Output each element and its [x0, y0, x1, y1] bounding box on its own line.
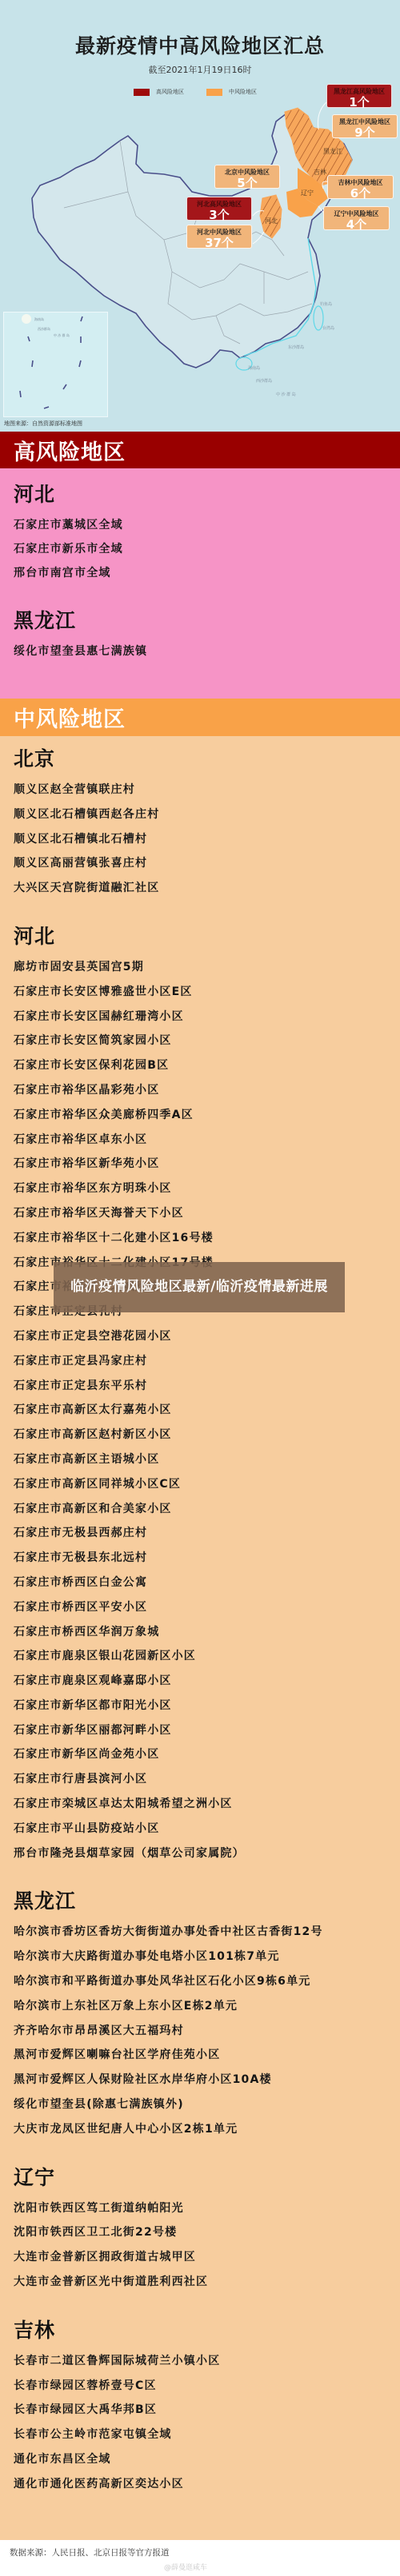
area-item: 绥化市望奎县(除惠七满族镇外): [14, 2092, 386, 2117]
legend-item-high: 高风险地区: [134, 88, 184, 96]
area-item: 石家庄市高新区赵村新区小区: [14, 1423, 386, 1447]
area-item: 哈尔滨市上东社区万象上东小区E栋2单元: [14, 1994, 386, 2019]
footer: 数据来源：人民日报、北京日报等官方报道 @薛曼逛咸车: [0, 2540, 400, 2576]
callout-hebei-high: 河北高风险地区 3个: [186, 197, 252, 221]
legend-item-mid: 中风险地区: [206, 88, 257, 96]
south-china-sea-inset: 海南岛 西沙群岛 中 沙 群 岛: [3, 312, 108, 417]
province-heading: 河北: [14, 923, 386, 950]
area-item: 沈阳市铁西区笃工街道纳帕阳光: [14, 2196, 386, 2221]
area-item: 石家庄市高新区主语城小区: [14, 1447, 386, 1472]
callout-count: 3个: [187, 209, 251, 221]
inset-map-graphic: 海南岛 西沙群岛 中 沙 群 岛: [4, 313, 106, 415]
area-item: 石家庄市桥西区平安小区: [14, 1595, 386, 1620]
area-item: 石家庄市新乐市全域: [14, 537, 386, 561]
legend-swatch-mid: [206, 89, 222, 96]
area-item: 石家庄市新华区尚金苑小区: [14, 1742, 386, 1767]
legend-label-high: 高风险地区: [156, 88, 184, 96]
area-item: 石家庄市裕华区新华苑小区: [14, 1152, 386, 1177]
area-item: 石家庄市长安区国赫红珊湾小区: [14, 1005, 386, 1029]
province-heading: 吉林: [14, 2317, 386, 2344]
area-item: 石家庄市桥西区华润万象城: [14, 1620, 386, 1645]
province-heading: 辽宁: [14, 2164, 386, 2192]
area-item: 长春市绿园区蓉桥壹号C区: [14, 2374, 386, 2399]
area-list: 长春市二道区鲁辉国际城荷兰小镇小区长春市绿园区蓉桥壹号C区长春市绿园区大禹华邦B…: [14, 2349, 386, 2497]
mid-risk-group-liaoning: 辽宁 沈阳市铁西区笃工街道纳帕阳光沈阳市铁西区卫工北街22号楼大连市金普新区拥政…: [14, 2164, 386, 2295]
mid-risk-group-hebei: 河北 廊坊市固安县英国宫5期石家庄市长安区博雅盛世小区E区石家庄市长安区国赫红珊…: [14, 923, 386, 1865]
area-item: 石家庄市裕华区东方明珠小区: [14, 1177, 386, 1201]
map-section: 黑龙江 吉林 辽宁 河北 钓鱼岛 台湾岛 东沙群岛 海南岛 西沙群岛 中 沙 群…: [0, 0, 400, 432]
mid-risk-header: 中风险地区: [0, 699, 400, 736]
area-item: 石家庄市长安区简筑家园小区: [14, 1029, 386, 1053]
callout-count: 6个: [328, 187, 393, 200]
area-item: 石家庄市长安区保利花园B区: [14, 1053, 386, 1078]
callout-count: 1个: [327, 96, 391, 109]
svg-text:海南岛: 海南岛: [34, 317, 44, 321]
area-item: 石家庄市正定县东平乐村: [14, 1374, 386, 1399]
mid-risk-group-heilongjiang: 黑龙江 哈尔滨市香坊区香坊大街街道办事处香中社区古香街12号哈尔滨市大庆路街道办…: [14, 1888, 386, 2141]
area-item: 石家庄市正定县空港花园小区: [14, 1324, 386, 1349]
area-item: 石家庄市裕华区卓东小区: [14, 1128, 386, 1153]
callout-hebei-mid: 河北中风险地区 37个: [186, 225, 252, 249]
area-item: 廊坊市固安县英国宫5期: [14, 955, 386, 980]
callout-count: 5个: [215, 177, 279, 189]
map-subtitle: 截至2021年1月19日16时: [0, 63, 400, 76]
weibo-watermark: @薛曼逛咸车: [164, 2562, 207, 2572]
area-item: 哈尔滨市和平路街道办事处风华社区石化小区9栋6单元: [14, 1969, 386, 1994]
callout-count: 37个: [187, 237, 251, 249]
area-item: 石家庄市无极县东北远村: [14, 1546, 386, 1571]
area-item: 邢台市南宫市全域: [14, 561, 386, 585]
svg-text:东沙群岛: 东沙群岛: [288, 344, 304, 350]
area-item: 长春市二道区鲁辉国际城荷兰小镇小区: [14, 2349, 386, 2374]
map-source-note: 地图来源：自然资源部标准地图: [4, 420, 82, 428]
area-item: 大连市金普新区光中街道胜利西社区: [14, 2270, 386, 2295]
area-item: 长春市公主岭市范家屯镇全域: [14, 2423, 386, 2447]
province-heading: 黑龙江: [14, 607, 386, 635]
high-risk-group-hebei: 河北 石家庄市藁城区全域 石家庄市新乐市全域 邢台市南宫市全域: [14, 481, 386, 585]
area-item: 哈尔滨市香坊区香坊大街街道办事处香中社区古香街12号: [14, 1920, 386, 1945]
area-item: 大庆市龙凤区世纪唐人中心小区2栋1单元: [14, 2117, 386, 2142]
legend-swatch-high: [134, 89, 150, 96]
data-source-note: 数据来源：人民日报、北京日报等官方报道: [10, 2546, 170, 2558]
area-item: 石家庄市正定县冯家庄村: [14, 1349, 386, 1374]
area-item: 石家庄市新华区丽都河畔小区: [14, 1718, 386, 1743]
article-title-overlay[interactable]: 临沂疫情风险地区最新/临沂疫情最新进展: [54, 1262, 345, 1312]
area-item: 石家庄市裕华区众美廊桥四季A区: [14, 1103, 386, 1128]
map-legend: 高风险地区 中风险地区: [134, 88, 274, 96]
area-list: 廊坊市固安县英国宫5期石家庄市长安区博雅盛世小区E区石家庄市长安区国赫红珊湾小区…: [14, 955, 386, 1865]
area-item: 石家庄市高新区太行嘉苑小区: [14, 1398, 386, 1423]
area-item: 石家庄市鹿泉区银山花园新区小区: [14, 1644, 386, 1669]
area-item: 绥化市望奎县惠七满族镇: [14, 639, 386, 663]
area-item: 石家庄市长安区博雅盛世小区E区: [14, 980, 386, 1005]
area-item: 石家庄市裕华区十二化建小区16号楼: [14, 1226, 386, 1251]
province-heading: 北京: [14, 746, 386, 773]
map-label-hebei: 河北: [265, 217, 278, 225]
mid-risk-group-beijing: 北京 顺义区赵全营镇联庄村顺义区北石槽镇西赵各庄村顺义区北石槽镇北石槽村顺义区高…: [14, 746, 386, 901]
area-item: 石家庄市新华区都市阳光小区: [14, 1694, 386, 1718]
svg-text:钓鱼岛: 钓鱼岛: [320, 301, 332, 307]
area-item: 石家庄市高新区同祥城小区C区: [14, 1472, 386, 1497]
mid-risk-list: 北京 顺义区赵全营镇联庄村顺义区北石槽镇西赵各庄村顺义区北石槽镇北石槽村顺义区高…: [0, 736, 400, 2540]
area-item: 石家庄市无极县西郝庄村: [14, 1521, 386, 1546]
area-item: 通化市东昌区全域: [14, 2447, 386, 2472]
svg-text:海南岛: 海南岛: [248, 365, 260, 371]
area-item: 哈尔滨市大庆路街道办事处电塔小区101栋7单元: [14, 1945, 386, 1969]
province-heading: 河北: [14, 481, 386, 508]
map-label-heilongjiang: 黑龙江: [323, 147, 342, 155]
callout-jilin-mid: 吉林中风险地区 6个: [327, 175, 394, 199]
area-item: 顺义区赵全营镇联庄村: [14, 778, 386, 802]
area-item: 黑河市爱辉区人保财险社区水岸华府小区10A楼: [14, 2068, 386, 2092]
area-item: 大兴区天宫院街道融汇社区: [14, 876, 386, 901]
mid-risk-group-jilin: 吉林 长春市二道区鲁辉国际城荷兰小镇小区长春市绿园区蓉桥壹号C区长春市绿园区大禹…: [14, 2317, 386, 2497]
province-heading: 黑龙江: [14, 1888, 386, 1915]
callout-liaoning-mid: 辽宁中风险地区 4个: [323, 206, 390, 230]
area-item: 顺义区北石槽镇北石槽村: [14, 827, 386, 852]
area-list: 沈阳市铁西区笃工街道纳帕阳光沈阳市铁西区卫工北街22号楼大连市金普新区拥政街道古…: [14, 2196, 386, 2295]
svg-text:西沙群岛: 西沙群岛: [38, 326, 50, 331]
svg-text:台湾岛: 台湾岛: [322, 325, 334, 331]
high-risk-header: 高风险地区: [0, 432, 400, 468]
area-item: 石家庄市鹿泉区观峰嘉邸小区: [14, 1669, 386, 1694]
map-label-liaoning: 辽宁: [301, 189, 314, 197]
map-label-jilin: 吉林: [314, 168, 326, 176]
article-title[interactable]: 临沂疫情风险地区最新/临沂疫情最新进展: [63, 1279, 335, 1296]
map-title: 最新疫情中高风险地区汇总: [0, 30, 400, 59]
area-item: 石家庄市行唐县滨河小区: [14, 1767, 386, 1792]
area-list: 顺义区赵全营镇联庄村顺义区北石槽镇西赵各庄村顺义区北石槽镇北石槽村顺义区高丽营镇…: [14, 778, 386, 901]
svg-text:中 沙 群 岛: 中 沙 群 岛: [276, 392, 296, 397]
area-item: 通化市通化医药高新区奕达小区: [14, 2472, 386, 2497]
high-risk-title: 高风险地区: [14, 435, 126, 466]
svg-text:西沙群岛: 西沙群岛: [256, 378, 272, 384]
area-item: 黑河市爱辉区喇嘛台社区学府佳苑小区: [14, 2043, 386, 2068]
callout-count: 9个: [333, 126, 397, 139]
area-item: 顺义区高丽营镇张喜庄村: [14, 851, 386, 876]
area-item: 石家庄市平山县防疫站小区: [14, 1817, 386, 1841]
area-item: 石家庄市桥西区白金公寓: [14, 1571, 386, 1595]
area-list: 哈尔滨市香坊区香坊大街街道办事处香中社区古香街12号哈尔滨市大庆路街道办事处电塔…: [14, 1920, 386, 2141]
callout-beijing-mid: 北京中风险地区 5个: [214, 165, 280, 189]
area-item: 长春市绿园区大禹华邦B区: [14, 2398, 386, 2423]
callout-heilongjiang-mid: 黑龙江中风险地区 9个: [332, 114, 398, 138]
callout-count: 4个: [324, 218, 389, 231]
callout-heilongjiang-high: 黑龙江高风险地区 1个: [326, 84, 392, 108]
high-risk-list: 河北 石家庄市藁城区全域 石家庄市新乐市全域 邢台市南宫市全域 黑龙江 绥化市望…: [0, 468, 400, 699]
area-item: 沈阳市铁西区卫工北街22号楼: [14, 2220, 386, 2245]
high-risk-group-heilongjiang: 黑龙江 绥化市望奎县惠七满族镇: [14, 607, 386, 663]
area-item: 石家庄市藁城区全域: [14, 513, 386, 537]
area-item: 石家庄市裕华区天海誉天下小区: [14, 1201, 386, 1226]
svg-text:中 沙 群 岛: 中 沙 群 岛: [54, 332, 70, 337]
area-item: 顺义区北石槽镇西赵各庄村: [14, 802, 386, 827]
area-item: 石家庄市栾城区卓达太阳城希望之洲小区: [14, 1792, 386, 1817]
area-item: 大连市金普新区拥政街道古城甲区: [14, 2245, 386, 2270]
legend-label-mid: 中风险地区: [229, 88, 257, 96]
area-item: 石家庄市裕华区晶彩苑小区: [14, 1078, 386, 1103]
area-item: 邢台市隆尧县烟草家园（烟草公司家属院）: [14, 1841, 386, 1866]
mid-risk-title: 中风险地区: [14, 702, 126, 733]
area-item: 齐齐哈尔市昂昂溪区大五福玛村: [14, 2019, 386, 2044]
area-item: 石家庄市高新区和合美家小区: [14, 1497, 386, 1522]
